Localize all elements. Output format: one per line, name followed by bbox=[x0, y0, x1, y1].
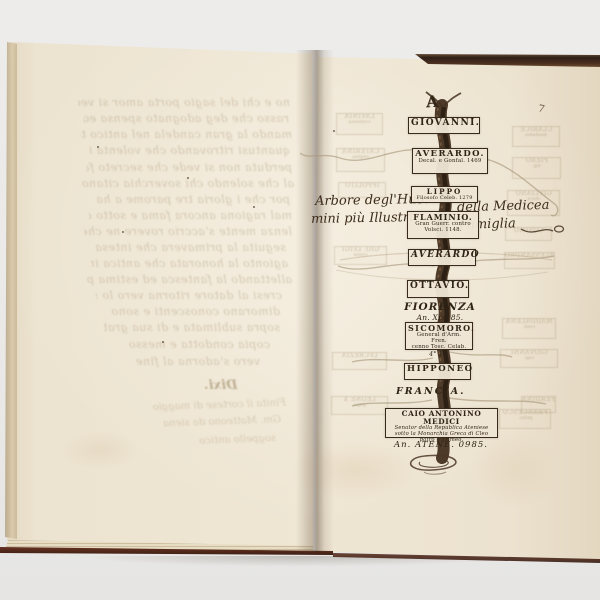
cover-edge-bottom-left bbox=[0, 546, 333, 555]
bleedthrough-line: perduta non si vede che secreto fama di … bbox=[86, 161, 292, 174]
tree-node-subtitle: An. Xpi. 85. bbox=[400, 314, 480, 322]
bleedthrough-line: seguita la primavera che intesa ed una s… bbox=[94, 241, 286, 254]
tree-node-label: AVERARDO bbox=[411, 251, 473, 261]
tree-node-atene-caption: An. ATENE. 0985. bbox=[391, 440, 491, 451]
tree-node-label: GIOVANNI. bbox=[411, 119, 477, 129]
tree-caption-left: mini più Illustri bbox=[311, 210, 413, 227]
tree-node-ottavio: OTTAVIO. bbox=[407, 280, 469, 298]
bleedthrough-line: vero s'adorna al fine bbox=[134, 355, 260, 368]
bleedthrough-line: copia condotta e messo bbox=[122, 338, 270, 351]
tree-node-label: CAIO ANTONINO MEDICI bbox=[388, 410, 495, 426]
tree-node-lippo: LIPPO Filosofo Celeb. 1279 bbox=[411, 186, 478, 203]
bleedthrough-line: quantusi ritrovando che volenta trescia … bbox=[90, 144, 290, 157]
tree-node-subtitle: cenno Tosc. Celab. bbox=[408, 345, 470, 351]
ink-speck bbox=[97, 146, 99, 148]
tree-node-sicomoro-date: 4° 17. bbox=[407, 351, 471, 360]
tree-node-subtitle: Filosofo Celeb. 1279 bbox=[414, 196, 475, 202]
cover-edge-bottom-right bbox=[333, 553, 600, 564]
bleedthrough-line: mando la gran candela nel antico tempo s… bbox=[80, 128, 292, 141]
bleedthrough-line: lenza mente s'accrio rovere ne che sopra… bbox=[84, 225, 292, 238]
tree-node-label: HIPPONEO bbox=[407, 365, 468, 374]
bleedthrough-line: agionto la honorata che antica in pensie… bbox=[90, 257, 288, 270]
famiglia-flourish bbox=[521, 226, 564, 232]
tree-node-francia: FRANCIA. bbox=[394, 386, 460, 398]
ink-speck bbox=[253, 206, 255, 208]
ink-speck bbox=[162, 341, 164, 343]
ink-speck bbox=[187, 177, 189, 179]
photo-of-open-book: no e chi del sagio porta amor si vede in… bbox=[0, 0, 600, 600]
bleedthrough-line: no e chi del sagio porta amor si vede in… bbox=[78, 96, 290, 109]
tree-node-label: FIORENZA bbox=[400, 302, 480, 314]
foxing-stain bbox=[60, 430, 140, 470]
tree-node-label: An. ATENE. 0985. bbox=[393, 441, 489, 450]
bleedthrough-word: Dixi. bbox=[204, 378, 237, 393]
tree-node-averardo-2: AVERARDO bbox=[408, 249, 476, 266]
bleedthrough-line: rasso che deg adognato spensa ed alberga bbox=[84, 112, 289, 125]
bleedthrough-line: por che i gloria tre parome a ha sua cer… bbox=[92, 193, 290, 206]
tree-node-label: OTTAVIO. bbox=[410, 282, 466, 292]
tree-node-subtitle: Volsci. 1148. bbox=[410, 228, 476, 234]
tree-node-hipponeo: HIPPONEO bbox=[404, 363, 471, 380]
tree-node-label: FRANCIA. bbox=[396, 387, 458, 397]
bleedthrough-line: sopra sublimata e di sua gratia bbox=[104, 321, 280, 334]
tree-node-caio-antonino-medici: CAIO ANTONINO MEDICI Senator della Repub… bbox=[385, 408, 498, 438]
bleedthrough-line: cresi al datore ritorna vero lo suo cand… bbox=[96, 289, 282, 302]
bleedthrough-line: mal ragiona ancora fama e sotto choisa t… bbox=[88, 209, 292, 222]
tree-node-fiorenza: FIORENZA An. Xpi. 85. bbox=[398, 301, 482, 323]
bleedthrough-line: dimorano conoscenti e sono al fior bbox=[110, 305, 280, 318]
ink-speck bbox=[122, 231, 124, 233]
tree-node-subtitle: 4° 17. bbox=[409, 352, 469, 359]
tree-trunk bbox=[426, 92, 461, 458]
tree-node-sicomoro: SICOMORO. General d'Arm. Fren. cenno Tos… bbox=[405, 322, 473, 350]
tree-node-subtitle: Decal. e Gonfal. 1469 bbox=[415, 159, 485, 165]
tree-node-flaminio: FLAMINIO. Gran Guerr. contro Volsci. 114… bbox=[407, 211, 479, 239]
tree-node-subtitle: General d'Arm. Fren. bbox=[408, 333, 470, 345]
roots-flourish bbox=[411, 455, 456, 474]
tree-crown-letter: A bbox=[426, 92, 439, 112]
left-page-edges bbox=[5, 40, 17, 541]
tree-node-averardo-1: AVERARDO. Decal. e Gonfal. 1469 bbox=[412, 148, 488, 174]
tree-node-giovanni: GIOVANNI. bbox=[408, 117, 480, 134]
bleedthrough-line: allettando la fantesca ed estima per sua… bbox=[86, 273, 292, 286]
